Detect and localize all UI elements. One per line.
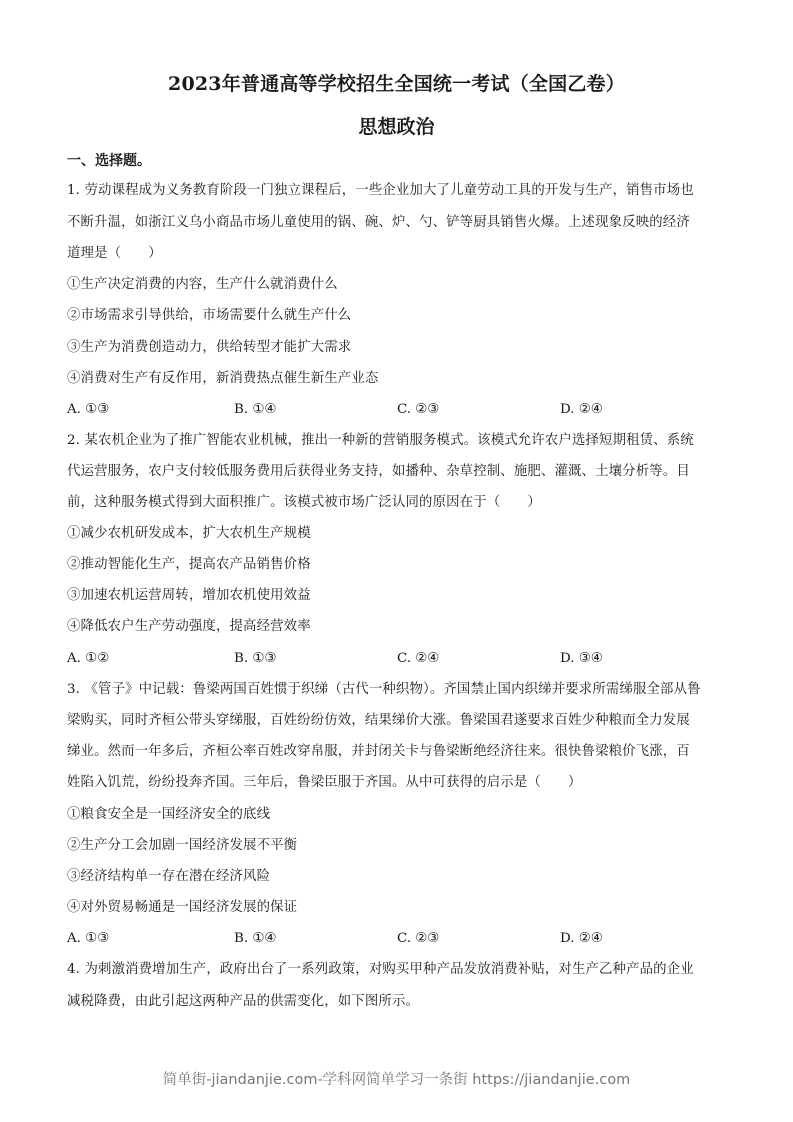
answer-options: A. ①③ B. ①④ C. ②③ D. ②④	[67, 401, 727, 419]
option-d[interactable]: D. ②④	[560, 930, 603, 948]
exam-subject: 思想政治	[0, 115, 793, 139]
question-stem-line: 4. 为刺激消费增加生产，政府出台了一系列政策，对购买甲种产品发放消费补贴，对生…	[67, 961, 727, 979]
statement-1: ①减少农机研发成本，扩大农机生产规模	[67, 525, 727, 543]
statement-3: ③加速农机运营周转，增加农机使用效益	[67, 587, 727, 605]
question-stem-line: 1. 劳动课程成为义务教育阶段一门独立课程后，一些企业加大了儿童劳动工具的开发与…	[67, 182, 727, 200]
question-stem-line: 道理是（ ）	[67, 245, 727, 263]
exam-title: 2023年普通高等学校招生全国统一考试（全国乙卷）	[0, 72, 793, 96]
option-b[interactable]: B. ①④	[234, 401, 276, 419]
statement-4: ④对外贸易畅通是一国经济发展的保证	[67, 899, 727, 917]
exam-page: 2023年普通高等学校招生全国统一考试（全国乙卷） 思想政治 一、选择题。 1.…	[0, 0, 793, 1122]
question-stem-line: 2. 某农机企业为了推广智能农业机械，推出一种新的营销服务模式。该模式允许农户选…	[67, 432, 727, 450]
option-a[interactable]: A. ①③	[67, 401, 109, 419]
option-c[interactable]: C. ②③	[397, 401, 439, 419]
option-d[interactable]: D. ③④	[560, 650, 603, 668]
option-c[interactable]: C. ②③	[397, 930, 439, 948]
option-d[interactable]: D. ②④	[560, 401, 603, 419]
question-stem-line: 3. 《管子》中记载：鲁梁两国百姓惯于织绨（古代一种织物）。齐国禁止国内织绨并要…	[67, 681, 727, 699]
option-a[interactable]: A. ①②	[67, 650, 109, 668]
answer-options: A. ①③ B. ①④ C. ②③ D. ②④	[67, 930, 727, 948]
statement-1: ①粮食安全是一国经济安全的底线	[67, 806, 727, 824]
statement-1: ①生产决定消费的内容，生产什么就消费什么	[67, 276, 727, 294]
section-heading: 一、选择题。	[67, 152, 151, 170]
question-stem-line: 绨业。然而一年多后，齐桓公率百姓改穿帛服，并封闭关卡与鲁梁断绝经济往来。很快鲁梁…	[67, 743, 727, 761]
statement-3: ③经济结构单一存在潜在经济风险	[67, 868, 727, 886]
option-b[interactable]: B. ①③	[234, 650, 276, 668]
option-a[interactable]: A. ①③	[67, 930, 109, 948]
question-stem-line: 前，这种服务模式得到大面积推广。该模式被市场广泛认同的原因在于（ ）	[67, 494, 727, 512]
question-stem-line: 姓陷入饥荒，纷纷投奔齐国。三年后，鲁梁臣服于齐国。从中可获得的启示是（ ）	[67, 774, 727, 792]
option-b[interactable]: B. ①④	[234, 930, 276, 948]
footer-watermark: 简单街-jiandanjie.com-学科网简单学习一条街 https://ji…	[0, 1070, 793, 1090]
question-stem-line: 减税降费，由此引起这两种产品的供需变化，如下图所示。	[67, 993, 727, 1011]
option-c[interactable]: C. ②④	[397, 650, 439, 668]
question-stem-line: 不断升温，如浙江义乌小商品市场儿童使用的锅、碗、炉、勺、铲等厨具销售火爆。上述现…	[67, 214, 727, 232]
statement-4: ④降低农户生产劳动强度，提高经营效率	[67, 618, 727, 636]
statement-2: ②生产分工会加剧一国经济发展不平衡	[67, 837, 727, 855]
question-stem-line: 代运营服务，农户支付较低服务费用后获得业务支持，如播种、杂草控制、施肥、灌溉、土…	[67, 463, 727, 481]
answer-options: A. ①② B. ①③ C. ②④ D. ③④	[67, 650, 727, 668]
statement-2: ②市场需求引导供给，市场需要什么就生产什么	[67, 307, 727, 325]
statement-2: ②推动智能化生产，提高农产品销售价格	[67, 556, 727, 574]
statement-3: ③生产为消费创造动力，供给转型才能扩大需求	[67, 339, 727, 357]
statement-4: ④消费对生产有反作用，新消费热点催生新生产业态	[67, 370, 727, 388]
question-stem-line: 梁购买，同时齐桓公带头穿绨服，百姓纷纷仿效，结果绨价大涨。鲁梁国君遂要求百姓少种…	[67, 712, 727, 730]
